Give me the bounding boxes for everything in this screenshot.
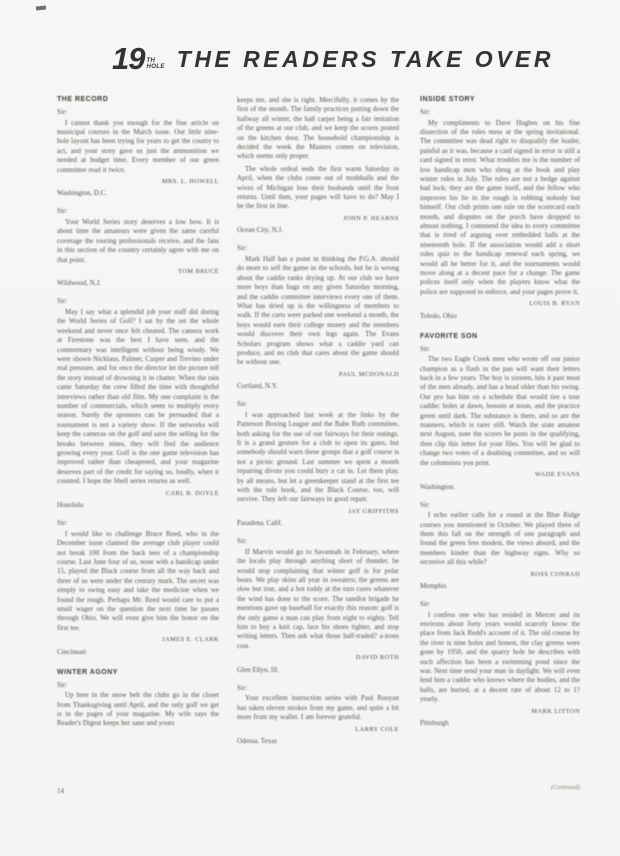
- masthead-th-hole: TH HOLE: [146, 59, 164, 70]
- letter-body: I was approached last week at the links …: [237, 411, 399, 505]
- letter-body: I cannot thank you enough for the fine a…: [57, 119, 219, 175]
- letter-body: Mark Hall has a point in thinking the P.…: [237, 255, 399, 368]
- letter-location: Memphis: [420, 582, 580, 590]
- section-heading: THE RECORD: [57, 96, 219, 103]
- letter: Sir:I was approached last week at the li…: [237, 400, 399, 527]
- letter-body: My compliments to Dave Hughes on his fin…: [420, 119, 580, 298]
- letter: Sir:The two Eagle Creek men who wrote of…: [420, 345, 580, 491]
- letter-signature: DAVID ROTH: [237, 654, 399, 661]
- salutation: Sir:: [57, 519, 219, 527]
- letter-signature: TOM BRUCE: [57, 268, 219, 275]
- page-number: 14: [57, 787, 64, 795]
- letter-body: Your excellent instruction series with P…: [237, 694, 399, 722]
- letter-location: Pittsburgh: [420, 719, 580, 727]
- letter: Sir:Your World Series story deserves a l…: [57, 207, 219, 287]
- letter-location: Ocean City, N.J.: [237, 226, 399, 234]
- letter-location: Honolulu: [57, 501, 219, 509]
- salutation: Sir:: [420, 501, 580, 509]
- letter: Sir:Your excellent instruction series wi…: [237, 684, 399, 745]
- salutation: Sir:: [57, 108, 219, 116]
- letter-signature: JOHN P. HEARNS: [237, 215, 399, 222]
- continued-label: (Continued): [490, 785, 580, 791]
- letter-location: Wildwood, N.J.: [57, 279, 219, 287]
- letter-body: The whole ordeal ends the first warm Sat…: [237, 165, 399, 212]
- letter-body: I echo earlier calls for a round at the …: [420, 511, 580, 567]
- letter: Sir:I would like to challenge Bruce Reed…: [57, 519, 219, 655]
- magazine-page: 19 TH HOLE THE READERS TAKE OVER THE REC…: [0, 0, 620, 856]
- masthead: 19 TH HOLE THE READERS TAKE OVER: [112, 46, 554, 71]
- salutation: Sir:: [420, 600, 580, 608]
- salutation: Sir:: [420, 108, 580, 116]
- letter-signature: LOUIS B. RYAN: [420, 300, 580, 307]
- letter-body: keeps me, and she is right. Mercifully, …: [237, 96, 399, 162]
- letter-location: Glen Ellyn, Ill.: [237, 666, 399, 674]
- letter: Sir:If Marvin would go to Savannah in Fe…: [237, 537, 399, 673]
- letter-body: I confess one who has resided in Mercer …: [420, 611, 580, 705]
- salutation: Sir:: [237, 684, 399, 692]
- letter-body: The two Eagle Creek men who wrote off ou…: [420, 355, 580, 468]
- column-1: THE RECORDSir:I cannot thank you enough …: [57, 96, 219, 732]
- letter-location: Washington.: [420, 483, 580, 491]
- masthead-number: 19: [112, 46, 144, 71]
- letter-signature: CARL B. DOYLE: [57, 490, 219, 497]
- letter-body: If Marvin would go to Savannah in Februa…: [237, 548, 399, 651]
- letter-location: Toledo, Ohio: [420, 312, 580, 320]
- letter: Sir:Mark Hall has a point in thinking th…: [237, 244, 399, 390]
- salutation: Sir:: [57, 207, 219, 215]
- letter: Sir:I cannot thank you enough for the fi…: [57, 108, 219, 197]
- letter: Sir:I echo earlier calls for a round at …: [420, 501, 580, 590]
- letter-location: Odessa, Texas: [237, 737, 399, 745]
- letter-signature: JAMES E. CLARK: [57, 636, 219, 643]
- letter: Sir:I confess one who has resided in Mer…: [420, 600, 580, 727]
- letter-location: Cincinnati: [57, 648, 219, 656]
- letter-signature: JAY GRIFFITHS: [237, 508, 399, 515]
- letter-signature: MARK LITTON: [420, 708, 580, 715]
- letter-signature: WADE EVANS: [420, 471, 580, 478]
- salutation: Sir:: [237, 244, 399, 252]
- letter-signature: PAUL MCDONALD: [237, 371, 399, 378]
- letter-body: I would like to challenge Bruce Reed, wh…: [57, 530, 219, 633]
- salutation: Sir:: [57, 297, 219, 305]
- salutation: Sir:: [57, 681, 219, 689]
- page-title: THE READERS TAKE OVER: [177, 48, 554, 71]
- letter-signature: LARRY COLE: [237, 726, 399, 733]
- letter-body: Up here in the snow belt the clubs go in…: [57, 691, 219, 729]
- section-heading: FAVORITE SON: [420, 333, 580, 340]
- letter: Sir:May I say what a splendid job your s…: [57, 297, 219, 509]
- column-2: keeps me, and she is right. Mercifully, …: [237, 96, 399, 745]
- letter: Sir:Up here in the snow belt the clubs g…: [57, 681, 219, 729]
- print-registration-mark: [36, 5, 46, 10]
- letter-location: Cortland, N.Y.: [237, 382, 399, 390]
- masthead-hole: HOLE: [146, 65, 164, 71]
- salutation: Sir:: [237, 400, 399, 408]
- letter-signature: MRS. L. HOWELL: [57, 178, 219, 185]
- section-heading: WINTER AGONY: [57, 669, 219, 676]
- section-heading: INSIDE STORY: [420, 96, 580, 103]
- letter-location: Washington, D.C.: [57, 189, 219, 197]
- letter-location: Pasadena, Calif.: [237, 519, 399, 527]
- salutation: Sir:: [237, 537, 399, 545]
- column-3: INSIDE STORYSir:My compliments to Dave H…: [420, 96, 580, 727]
- letter-body: May I say what a splendid job your staff…: [57, 308, 219, 487]
- letter: Sir:My compliments to Dave Hughes on his…: [420, 108, 580, 320]
- letter-body: Your World Series story deserves a low b…: [57, 218, 219, 265]
- letter-signature: ROSS CONRAD: [420, 571, 580, 578]
- salutation: Sir:: [420, 345, 580, 353]
- letter: keeps me, and she is right. Mercifully, …: [237, 96, 399, 234]
